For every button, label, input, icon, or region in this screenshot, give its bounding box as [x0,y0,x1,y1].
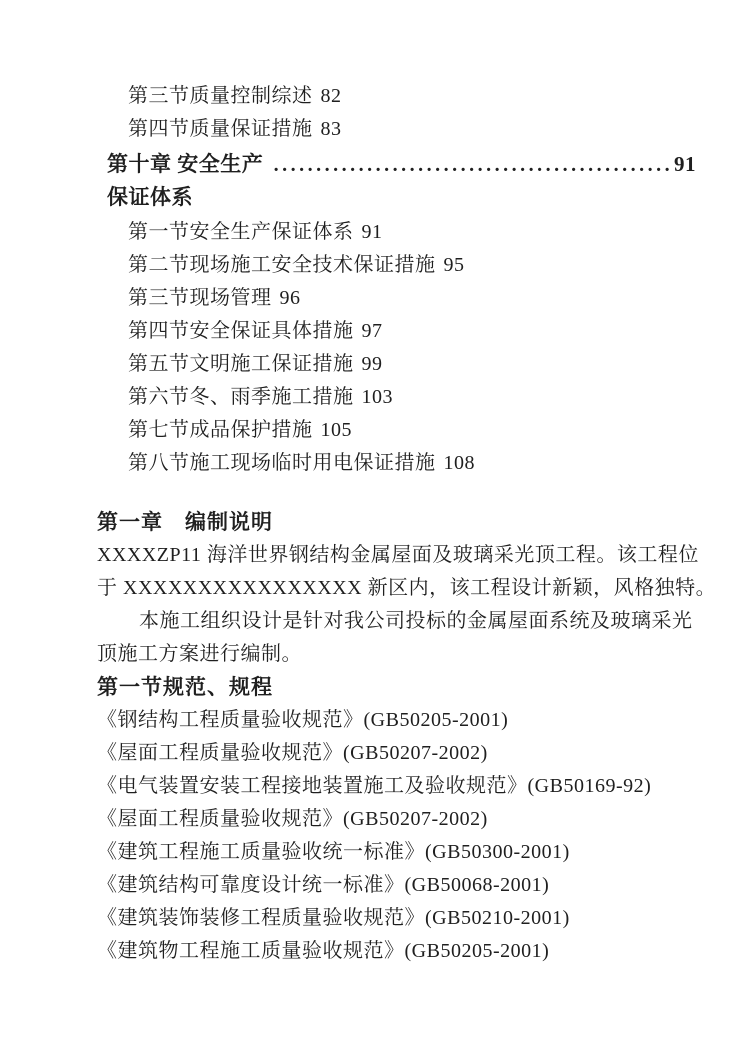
toc-entry-title: 第八节施工现场临时用电保证措施 [128,452,436,474]
table-of-contents: 第三节质量控制综述82 第四节质量保证措施83 第十章 安全生产保证体系....… [97,80,696,480]
toc-entry-page: 99 [362,353,383,375]
toc-chapter-title: 第十章 安全生产保证体系 [107,148,270,214]
paragraph-line: 于 XXXXXXXXXXXXXXXX 新区内，该工程设计新颖，风格独特。 [97,572,696,605]
standard-item: 《屋面工程质量验收规范》(GB50207-2002) [97,803,696,836]
standard-item: 《电气装置安装工程接地装置施工及验收规范》(GB50169-92) [97,770,696,803]
toc-entry-page: 83 [321,118,342,140]
toc-entry: 第五节文明施工保证措施99 [128,348,696,381]
standard-item: 《建筑工程施工质量验收统一标准》(GB50300-2001) [97,836,696,869]
toc-entry-page: 95 [444,254,465,276]
standard-item: 《建筑结构可靠度设计统一标准》(GB50068-2001) [97,869,696,902]
toc-entry-title: 第一节安全生产保证体系 [128,221,354,243]
toc-entry: 第三节质量控制综述82 [128,80,696,113]
document-page: 第三节质量控制综述82 第四节质量保证措施83 第十章 安全生产保证体系....… [0,0,744,1052]
toc-entry-page: 97 [362,320,383,342]
toc-entry-title: 第四节安全保证具体措施 [128,320,354,342]
toc-entry-title: 第五节文明施工保证措施 [128,353,354,375]
intro-paragraph: XXXXZP11 海洋世界钢结构金属屋面及玻璃采光顶工程。该工程位 于 XXXX… [97,539,696,605]
toc-chapter-page: 91 [674,148,696,181]
toc-entry-page: 96 [280,287,301,309]
toc-dot-leader: ........................................… [270,149,674,182]
toc-entry-page: 103 [362,386,394,408]
toc-entry-page: 108 [444,452,476,474]
toc-entry: 第四节安全保证具体措施97 [128,315,696,348]
toc-entry-title: 第三节现场管理 [128,287,272,309]
purpose-paragraph: 本施工组织设计是针对我公司投标的金属屋面系统及玻璃采光 顶施工方案进行编制。 [97,605,696,671]
standard-item: 《建筑物工程施工质量验收规范》(GB50205-2001) [97,935,696,968]
chapter-heading-label: 第一章 [97,510,163,534]
toc-entry-page: 82 [321,85,342,107]
standards-list: 《钢结构工程质量验收规范》(GB50205-2001) 《屋面工程质量验收规范》… [97,704,696,968]
chapter-one-content: 第一章编制说明 XXXXZP11 海洋世界钢结构金属屋面及玻璃采光顶工程。该工程… [97,506,696,968]
toc-chapter-entry: 第十章 安全生产保证体系............................… [107,148,696,214]
toc-entry: 第一节安全生产保证体系91 [128,216,696,249]
toc-entry: 第二节现场施工安全技术保证措施95 [128,249,696,282]
toc-entry-page: 91 [362,221,383,243]
standard-item: 《建筑装饰装修工程质量验收规范》(GB50210-2001) [97,902,696,935]
toc-entry: 第四节质量保证措施83 [128,113,696,146]
toc-entry: 第六节冬、雨季施工措施103 [128,381,696,414]
standard-item: 《钢结构工程质量验收规范》(GB50205-2001) [97,704,696,737]
toc-entry-title: 第三节质量控制综述 [128,85,313,107]
toc-entry-page: 105 [321,419,353,441]
paragraph-line: 顶施工方案进行编制。 [97,638,696,671]
paragraph-line: XXXXZP11 海洋世界钢结构金属屋面及玻璃采光顶工程。该工程位 [97,539,696,572]
chapter-heading-title: 编制说明 [185,510,273,534]
toc-entry-title: 第四节质量保证措施 [128,118,313,140]
toc-entry-title: 第二节现场施工安全技术保证措施 [128,254,436,276]
toc-entry: 第八节施工现场临时用电保证措施108 [128,447,696,480]
toc-entry: 第七节成品保护措施105 [128,414,696,447]
toc-entry-title: 第七节成品保护措施 [128,419,313,441]
paragraph-line: 本施工组织设计是针对我公司投标的金属屋面系统及玻璃采光 [97,605,696,638]
standard-item: 《屋面工程质量验收规范》(GB50207-2002) [97,737,696,770]
chapter-heading: 第一章编制说明 [97,506,696,539]
toc-entry: 第三节现场管理96 [128,282,696,315]
section-heading: 第一节规范、规程 [97,671,696,704]
toc-entry-title: 第六节冬、雨季施工措施 [128,386,354,408]
